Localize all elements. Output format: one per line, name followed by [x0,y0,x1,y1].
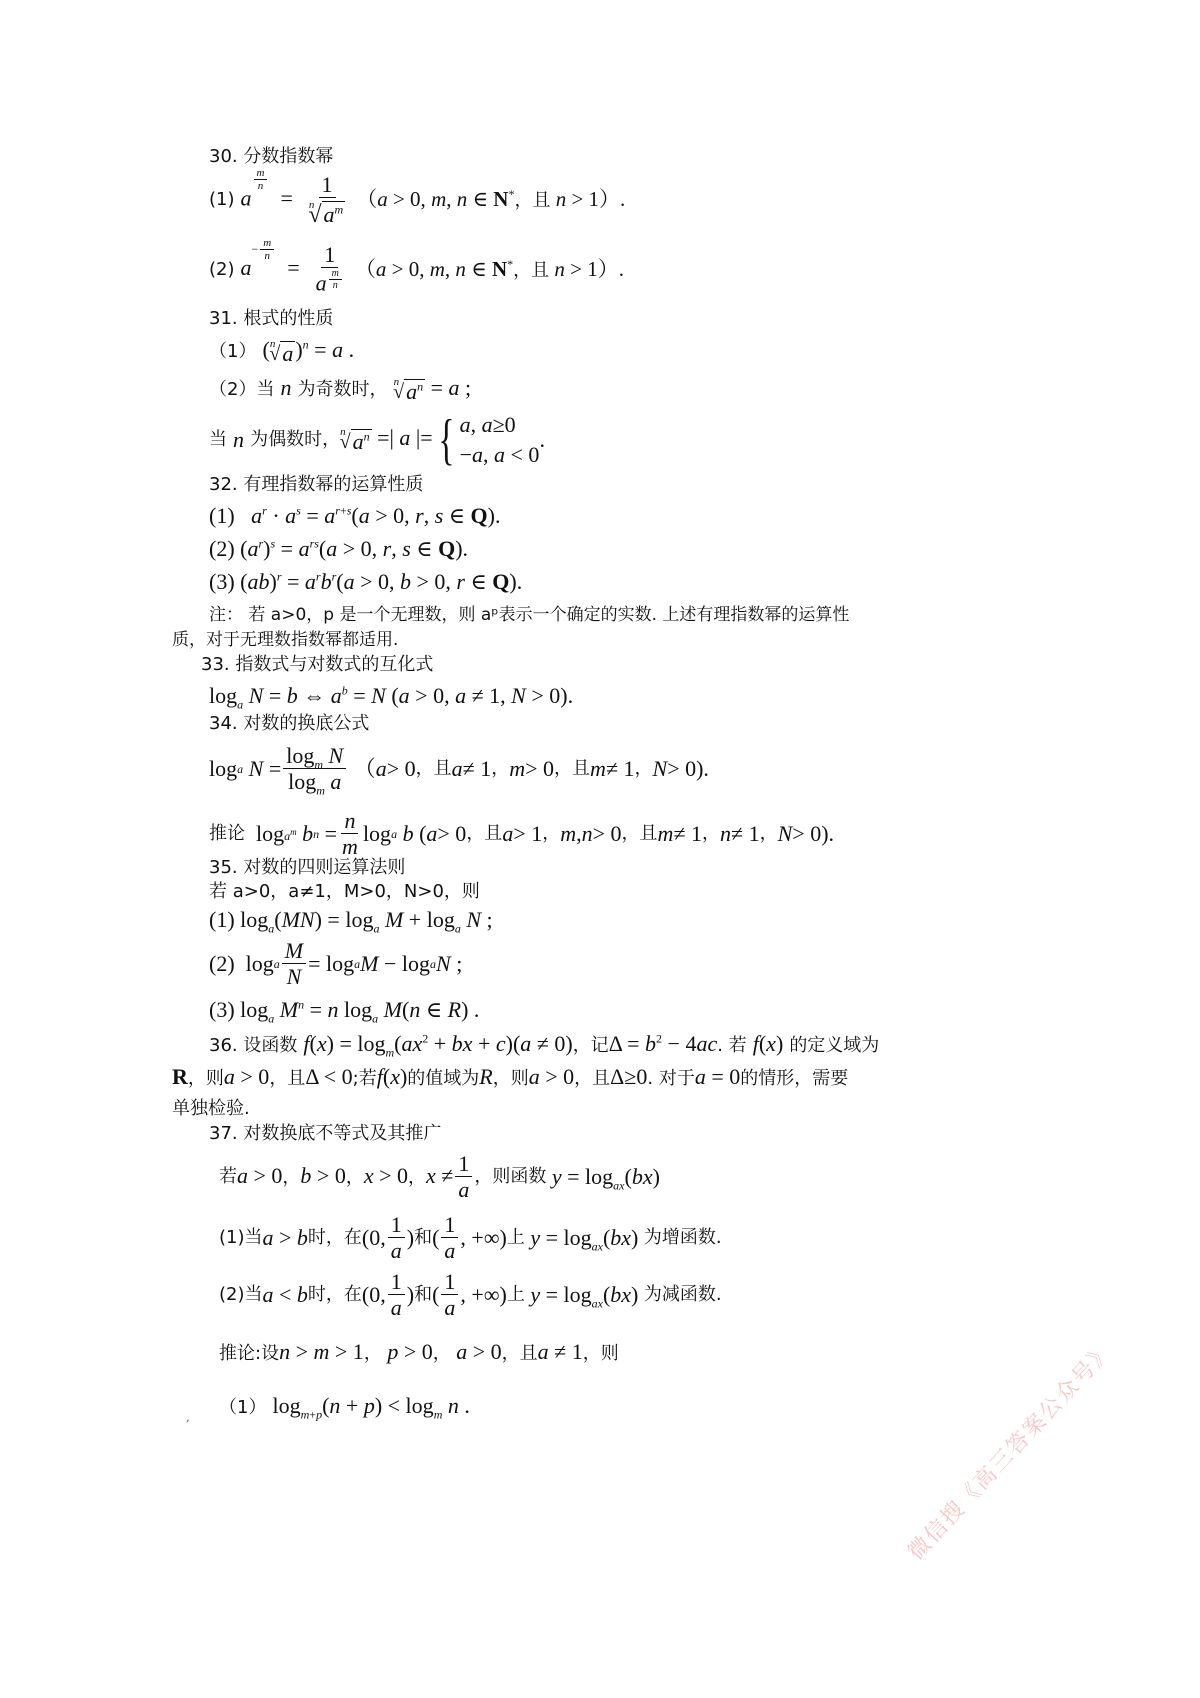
section-37-case-1: (1)当a > b时，在 (0,1a)和(1a, +∞) 上 y = logax… [219,1208,722,1268]
section-37-premise: 若 a > 0，b > 0，x > 0，x ≠ 1a ，则函数 y = loga… [219,1148,660,1206]
section-35-premise: 若 a>0，a≠1，M>0，N>0，则 [209,880,480,904]
section-32-note-line2: 质，对于无理数指数幂都适用. [172,628,398,652]
section-35-item-1: (1) loga(MN) = loga M + loga N ; [209,908,493,932]
section-32-item-3: (3) (ab)r = arbr(a > 0, b > 0, r ∈ Q). [209,570,522,594]
section-32-title: 32. 有理指数幂的运算性质 [209,473,423,497]
section-37-corollary: 推论:设n > m > 1， p > 0， a > 0，且a ≠ 1，则 [219,1340,619,1366]
section-31-title: 31. 根式的性质 [209,307,333,331]
section-36-line2: R，则a > 0，且Δ < 0;若f(x)的值域为R，则a > 0，且Δ≥0. … [172,1065,848,1091]
section-36-line3: 单独检验. [172,1097,250,1121]
section-30-item-1: (1) amn = 1n√am （a > 0, m, n ∈ N*，且 n > … [209,170,625,230]
section-37-title: 37. 对数换底不等式及其推广 [209,1122,441,1146]
formula-neg-frac-exponent: a−mn = 1amn [241,243,349,297]
section-33-title: 33. 指数式与对数式的互化式 [201,653,433,677]
section-32-note-line1: 注： 若 a>0，p 是一个无理数，则 aᵖ表示一个确定的实数. 上述有理指数幂… [209,603,849,627]
section-32-item-1: (1) ar · as = ar+s(a > 0, r, s ∈ Q). [209,504,501,528]
section-33-formula: loga N = b ⇔ ab = N (a > 0, a ≠ 1, N > 0… [209,684,573,708]
section-37-case-2: (2)当a < b时，在 (0,1a)和(1a, +∞) 上 y = logax… [219,1265,722,1325]
formula-frac-exponent: amn = 1n√am [241,173,351,228]
section-30-title: 30. 分数指数幂 [209,145,333,169]
section-30-item-2: (2) a−mn = 1amn （a > 0, m, n ∈ N*，且 n > … [209,235,624,305]
watermark: 微信搜《高三答案公众号》 [900,1334,1119,1566]
section-35-item-3: (3) loga Mn = n loga M(n ∈ R) . [209,998,479,1022]
section-37-corollary-item-1: （1） logm+p(n + p) < logm n . [219,1394,470,1420]
section-34-corollary: 推论 logam bn = nmloga b (a > 0，且a > 1，m,n… [209,805,834,863]
section-31-item-1: （1） (n√a)n = a . [209,338,354,366]
section-35-title: 35. 对数的四则运算法则 [209,856,405,880]
section-36-line1: 36. 设函数 f(x) = logm(ax2 + bx + c)(a ≠ 0)… [209,1032,879,1058]
section-32-item-2: (2) (ar)s = ars(a > 0, r, s ∈ Q). [209,537,468,561]
section-31-item-3: 当 n 为偶数时， n√an =| a |= {a, a≥0−a, a < 0. [209,408,545,472]
section-31-item-2: （2）当 n 为奇数时， n√an = a ; [209,376,471,404]
section-34-formula: loga N = logm Nlogm a （a > 0，且 a ≠ 1，m >… [209,737,709,801]
document-page: 30. 分数指数幂 (1) amn = 1n√am （a > 0, m, n ∈… [0,0,1200,1698]
stray-mark: , [186,1410,190,1424]
piecewise-brace: {a, a≥0−a, a < 0 [433,410,540,470]
section-34-title: 34. 对数的换底公式 [209,712,369,736]
section-35-item-2: (2) loga MN= loga M − loga N ; [209,935,462,993]
